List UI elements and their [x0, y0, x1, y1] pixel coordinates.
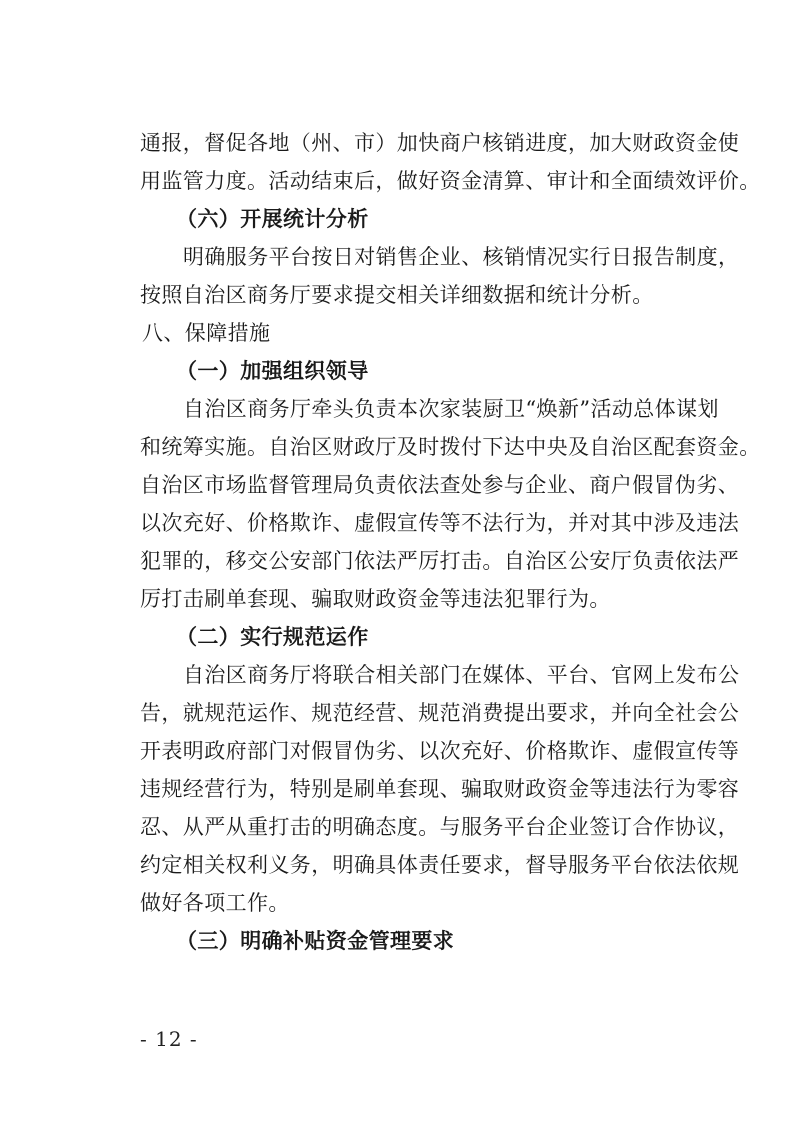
paragraph-line: 开表明政府部门对假冒伪劣、以次充好、价格欺诈、虚假宣传等 — [140, 732, 714, 770]
paragraph-line: 违规经营行为，特别是刷单套现、骗取财政资金等违法行为零容 — [140, 770, 714, 808]
paragraph-line: 忍、从严从重打击的明确态度。与服务平台企业签订合作协议， — [140, 808, 714, 846]
paragraph-line: 以次充好、价格欺诈、虚假宣传等不法行为，并对其中涉及违法 — [140, 504, 714, 542]
paragraph-line: 明确服务平台按日对销售企业、核销情况实行日报告制度， — [140, 238, 714, 276]
paragraph-line: 用监管力度。活动结束后，做好资金清算、审计和全面绩效评价。 — [140, 162, 714, 200]
paragraph-line: 告，就规范运作、规范经营、规范消费提出要求，并向全社会公 — [140, 694, 714, 732]
page-number: - 12 - — [140, 1027, 198, 1051]
paragraph-line: 自治区商务厅将联合相关部门在媒体、平台、官网上发布公 — [140, 656, 714, 694]
paragraph-line: 厉打击刷单套现、骗取财政资金等违法犯罪行为。 — [140, 580, 714, 618]
paragraph-line: 自治区商务厅牵头负责本次家装厨卫“焕新”活动总体谋划 — [140, 390, 714, 428]
paragraph-line: 按照自治区商务厅要求提交相关详细数据和统计分析。 — [140, 276, 714, 314]
paragraph-line: 和统筹实施。自治区财政厅及时拨付下达中央及自治区配套资金。 — [140, 428, 714, 466]
paragraph-line: 做好各项工作。 — [140, 884, 714, 922]
section-heading-3: （三）明确补贴资金管理要求 — [140, 922, 714, 960]
paragraph-line: 约定相关权利义务，明确具体责任要求，督导服务平台依法依规 — [140, 846, 714, 884]
document-page: 通报，督促各地（州、市）加快商户核销进度，加大财政资金使 用监管力度。活动结束后… — [140, 124, 714, 960]
section-heading-2: （二）实行规范运作 — [140, 618, 714, 656]
chapter-heading-8: 八、保障措施 — [140, 314, 714, 352]
section-heading-6: （六）开展统计分析 — [140, 200, 714, 238]
paragraph-line: 通报，督促各地（州、市）加快商户核销进度，加大财政资金使 — [140, 124, 714, 162]
paragraph-line: 犯罪的，移交公安部门依法严厉打击。自治区公安厅负责依法严 — [140, 542, 714, 580]
section-heading-1: （一）加强组织领导 — [140, 352, 714, 390]
paragraph-line: 自治区市场监督管理局负责依法查处参与企业、商户假冒伪劣、 — [140, 466, 714, 504]
